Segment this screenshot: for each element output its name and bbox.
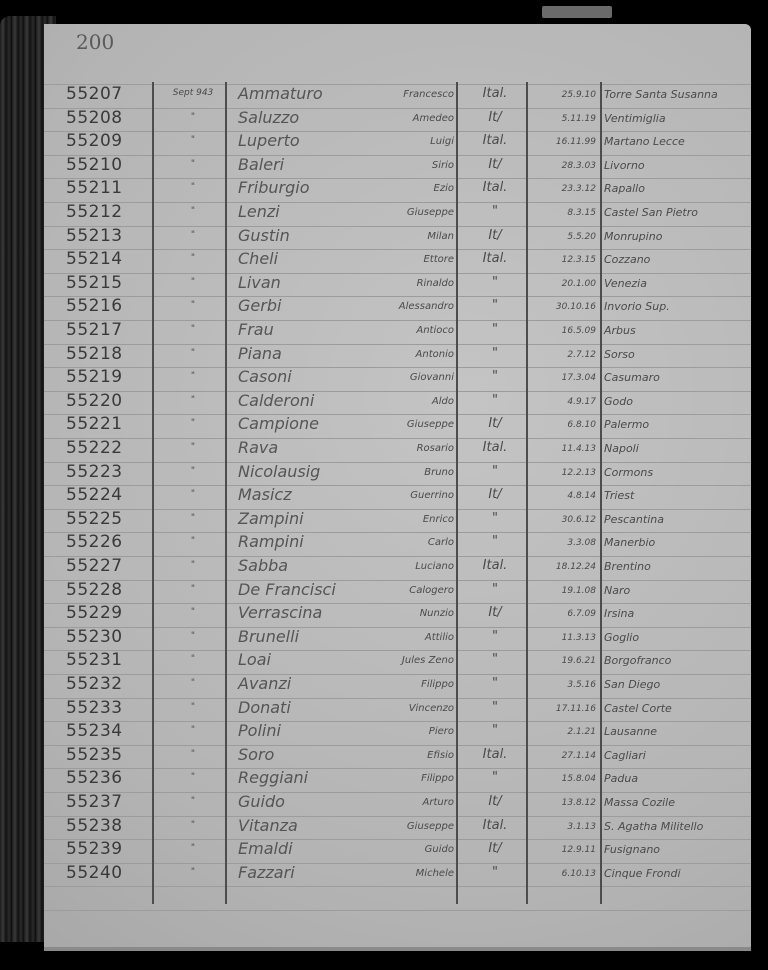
entry-date: " xyxy=(160,489,226,499)
table-row: 55221"CampioneGiuseppeIt/6.8.10Palermo xyxy=(44,414,751,437)
birthplace: Invorio Sup. xyxy=(604,300,670,313)
birthplace: Sorso xyxy=(604,348,635,361)
entry-number: 55225 xyxy=(66,509,123,529)
table-row: 55218"PianaAntonio"2.7.12Sorso xyxy=(44,344,751,367)
entry-date: " xyxy=(160,182,226,192)
ruled-line xyxy=(44,886,751,887)
birthplace: Napoli xyxy=(604,442,639,455)
table-row: 55212"LenziGiuseppe"8.3.15Castel San Pie… xyxy=(44,202,751,225)
given-name: Piero xyxy=(362,726,454,737)
surname: Lenzi xyxy=(238,202,280,221)
given-name: Amedeo xyxy=(362,113,454,124)
given-name: Rinaldo xyxy=(362,278,454,289)
given-name: Alessandro xyxy=(362,301,454,312)
given-name: Nunzio xyxy=(362,608,454,619)
table-row: 55236"ReggianiFilippo"15.8.04Padua xyxy=(44,768,751,791)
birthplace: San Diego xyxy=(604,678,660,691)
table-row: 55235"SoroEfisioItal.27.1.14Cagliari xyxy=(44,745,751,768)
entry-number: 55232 xyxy=(66,674,123,694)
page-number: 200 xyxy=(76,30,114,54)
surname: Piana xyxy=(238,344,282,363)
given-name: Jules Zeno xyxy=(362,655,454,666)
date-of-birth: 12.2.13 xyxy=(514,468,596,478)
birthplace: Pescantina xyxy=(604,513,664,526)
given-name: Enrico xyxy=(362,514,454,525)
given-name: Ezio xyxy=(362,183,454,194)
birthplace: Fusignano xyxy=(604,843,660,856)
table-row: 55237"GuidoArturoIt/13.8.12Massa Cozile xyxy=(44,792,751,815)
entry-number: 55208 xyxy=(66,108,123,128)
given-name: Calogero xyxy=(362,585,454,596)
surname: Reggiani xyxy=(238,768,308,787)
date-of-birth: 25.9.10 xyxy=(514,90,596,100)
given-name: Francesco xyxy=(362,89,454,100)
surname: Verrascina xyxy=(238,603,322,622)
surname: Fazzari xyxy=(238,863,295,882)
surname: Calderoni xyxy=(238,391,314,410)
surname: Nicolausig xyxy=(238,462,320,481)
date-of-birth: 19.1.08 xyxy=(514,586,596,596)
surname: Baleri xyxy=(238,155,284,174)
birthplace: Naro xyxy=(604,584,630,597)
table-row: 55225"ZampiniEnrico"30.6.12Pescantina xyxy=(44,509,751,532)
ledger-page: 200 55207Sept 943AmmaturoFrancescoItal.2… xyxy=(44,24,751,951)
entry-date: " xyxy=(160,796,226,806)
entry-number: 55227 xyxy=(66,556,123,576)
table-row: 55229"VerrascinaNunzioIt/6.7.09Irsina xyxy=(44,603,751,626)
entry-number: 55222 xyxy=(66,438,123,458)
entry-date: " xyxy=(160,442,226,452)
entry-number: 55235 xyxy=(66,745,123,765)
given-name: Milan xyxy=(362,231,454,242)
entry-number: 55210 xyxy=(66,155,123,175)
birthplace: Triest xyxy=(604,489,634,502)
birthplace: Godo xyxy=(604,395,633,408)
entry-number: 55209 xyxy=(66,131,123,151)
date-of-birth: 15.8.04 xyxy=(514,774,596,784)
entry-number: 55220 xyxy=(66,391,123,411)
date-of-birth: 13.8.12 xyxy=(514,798,596,808)
date-of-birth: 12.3.15 xyxy=(514,255,596,265)
given-name: Luciano xyxy=(362,561,454,572)
date-of-birth: 16.11.99 xyxy=(514,137,596,147)
page-tab-marker xyxy=(542,6,612,18)
table-row: 55227"SabbaLucianoItal.18.12.24Brentino xyxy=(44,556,751,579)
surname: Polini xyxy=(238,721,281,740)
surname: Zampini xyxy=(238,509,304,528)
entry-number: 55238 xyxy=(66,816,123,836)
given-name: Sirio xyxy=(362,160,454,171)
date-of-birth: 12.9.11 xyxy=(514,845,596,855)
date-of-birth: 3.1.13 xyxy=(514,822,596,832)
table-row: 55207Sept 943AmmaturoFrancescoItal.25.9.… xyxy=(44,84,751,107)
entry-number: 55211 xyxy=(66,178,123,198)
table-row: 55208"SaluzzoAmedeoIt/5.11.19Ventimiglia xyxy=(44,108,751,131)
entry-date: " xyxy=(160,820,226,830)
entry-number: 55207 xyxy=(66,84,123,104)
entry-date: " xyxy=(160,418,226,428)
date-of-birth: 2.7.12 xyxy=(514,350,596,360)
date-of-birth: 8.3.15 xyxy=(514,208,596,218)
date-of-birth: 5.5.20 xyxy=(514,232,596,242)
birthplace: Cozzano xyxy=(604,253,650,266)
entry-number: 55230 xyxy=(66,627,123,647)
birthplace: Cagliari xyxy=(604,749,646,762)
date-of-birth: 6.8.10 xyxy=(514,420,596,430)
entry-date: " xyxy=(160,277,226,287)
entry-number: 55224 xyxy=(66,485,123,505)
birthplace: Castel San Pietro xyxy=(604,206,698,219)
entry-date: " xyxy=(160,112,226,122)
entry-date: " xyxy=(160,749,226,759)
surname: Vitanza xyxy=(238,816,298,835)
entry-date: Sept 943 xyxy=(160,88,226,98)
given-name: Attilio xyxy=(362,632,454,643)
entry-date: " xyxy=(160,206,226,216)
surname: Sabba xyxy=(238,556,288,575)
birthplace: Massa Cozile xyxy=(604,796,675,809)
birthplace: Irsina xyxy=(604,607,634,620)
surname: Ammaturo xyxy=(238,84,323,103)
birthplace: S. Agatha Militello xyxy=(604,820,703,833)
given-name: Filippo xyxy=(362,773,454,784)
table-row: 55230"BrunelliAttilio"11.3.13Goglio xyxy=(44,627,751,650)
given-name: Efisio xyxy=(362,750,454,761)
given-name: Luigi xyxy=(362,136,454,147)
given-name: Guerrino xyxy=(362,490,454,501)
entry-number: 55239 xyxy=(66,839,123,859)
surname: Guido xyxy=(238,792,285,811)
surname: Soro xyxy=(238,745,274,764)
birthplace: Casumaro xyxy=(604,371,660,384)
table-row: 55211"FriburgioEzioItal.23.3.12Rapallo xyxy=(44,178,751,201)
page-bottom-edge xyxy=(44,947,751,951)
birthplace: Ventimiglia xyxy=(604,112,666,125)
surname: Casoni xyxy=(238,367,292,386)
entry-date: " xyxy=(160,843,226,853)
birthplace: Arbus xyxy=(604,324,636,337)
table-row: 55234"PoliniPiero"2.1.21Lausanne xyxy=(44,721,751,744)
entry-date: " xyxy=(160,678,226,688)
table-row: 55239"EmaldiGuidoIt/12.9.11Fusignano xyxy=(44,839,751,862)
date-of-birth: 17.11.16 xyxy=(514,704,596,714)
table-row: 55215"LivanRinaldo"20.1.00Venezia xyxy=(44,273,751,296)
date-of-birth: 23.3.12 xyxy=(514,184,596,194)
date-of-birth: 27.1.14 xyxy=(514,751,596,761)
birthplace: Padua xyxy=(604,772,638,785)
entry-date: " xyxy=(160,135,226,145)
entry-date: " xyxy=(160,324,226,334)
table-row: 55222"RavaRosarioItal.11.4.13Napoli xyxy=(44,438,751,461)
entry-date: " xyxy=(160,371,226,381)
birthplace: Torre Santa Susanna xyxy=(604,88,718,101)
birthplace: Martano Lecce xyxy=(604,135,685,148)
birthplace: Livorno xyxy=(604,159,645,172)
date-of-birth: 20.1.00 xyxy=(514,279,596,289)
entry-date: " xyxy=(160,702,226,712)
given-name: Giuseppe xyxy=(362,821,454,832)
table-row: 55233"DonatiVincenzo"17.11.16Castel Cort… xyxy=(44,698,751,721)
entry-number: 55228 xyxy=(66,580,123,600)
table-row: 55231"LoaiJules Zeno"19.6.21Borgofranco xyxy=(44,650,751,673)
given-name: Giuseppe xyxy=(362,207,454,218)
given-name: Filippo xyxy=(362,679,454,690)
date-of-birth: 6.10.13 xyxy=(514,869,596,879)
given-name: Giovanni xyxy=(362,372,454,383)
entry-number: 55236 xyxy=(66,768,123,788)
date-of-birth: 30.6.12 xyxy=(514,515,596,525)
given-name: Michele xyxy=(362,868,454,879)
birthplace: Cormons xyxy=(604,466,653,479)
surname: Campione xyxy=(238,414,319,433)
table-row: 55223"NicolausigBruno"12.2.13Cormons xyxy=(44,462,751,485)
table-row: 55219"CasoniGiovanni"17.3.04Casumaro xyxy=(44,367,751,390)
date-of-birth: 18.12.24 xyxy=(514,562,596,572)
table-row: 55232"AvanziFilippo"3.5.16San Diego xyxy=(44,674,751,697)
entry-number: 55212 xyxy=(66,202,123,222)
entry-number: 55237 xyxy=(66,792,123,812)
entry-number: 55214 xyxy=(66,249,123,269)
birthplace: Goglio xyxy=(604,631,639,644)
entry-number: 55229 xyxy=(66,603,123,623)
entry-date: " xyxy=(160,607,226,617)
date-of-birth: 28.3.03 xyxy=(514,161,596,171)
entry-number: 55240 xyxy=(66,863,123,883)
date-of-birth: 30.10.16 xyxy=(514,302,596,312)
table-row: 55217"FrauAntioco"16.5.09Arbus xyxy=(44,320,751,343)
birthplace: Castel Corte xyxy=(604,702,672,715)
entry-date: " xyxy=(160,631,226,641)
date-of-birth: 2.1.21 xyxy=(514,727,596,737)
date-of-birth: 6.7.09 xyxy=(514,609,596,619)
surname: Livan xyxy=(238,273,281,292)
entry-number: 55231 xyxy=(66,650,123,670)
table-row: 55226"RampiniCarlo"3.3.08Manerbio xyxy=(44,532,751,555)
given-name: Antonio xyxy=(362,349,454,360)
entry-number: 55218 xyxy=(66,344,123,364)
table-row: 55238"VitanzaGiuseppeItal.3.1.13S. Agath… xyxy=(44,816,751,839)
entry-date: " xyxy=(160,348,226,358)
entry-date: " xyxy=(160,466,226,476)
date-of-birth: 17.3.04 xyxy=(514,373,596,383)
given-name: Antioco xyxy=(362,325,454,336)
surname: Luperto xyxy=(238,131,300,150)
given-name: Carlo xyxy=(362,537,454,548)
surname: Brunelli xyxy=(238,627,299,646)
table-row: 55216"GerbiAlessandro"30.10.16Invorio Su… xyxy=(44,296,751,319)
surname: Avanzi xyxy=(238,674,291,693)
entry-date: " xyxy=(160,654,226,664)
date-of-birth: 11.4.13 xyxy=(514,444,596,454)
date-of-birth: 4.8.14 xyxy=(514,491,596,501)
entry-date: " xyxy=(160,300,226,310)
table-row: 55214"CheliEttoreItal.12.3.15Cozzano xyxy=(44,249,751,272)
birthplace: Cinque Frondi xyxy=(604,867,681,880)
surname: Emaldi xyxy=(238,839,293,858)
date-of-birth: 3.3.08 xyxy=(514,538,596,548)
birthplace: Borgofranco xyxy=(604,654,671,667)
birthplace: Manerbio xyxy=(604,536,655,549)
date-of-birth: 3.5.16 xyxy=(514,680,596,690)
date-of-birth: 11.3.13 xyxy=(514,633,596,643)
surname: Frau xyxy=(238,320,274,339)
surname: Cheli xyxy=(238,249,278,268)
birthplace: Lausanne xyxy=(604,725,657,738)
given-name: Giuseppe xyxy=(362,419,454,430)
surname: Loai xyxy=(238,650,271,669)
table-row: 55228"De FrancisciCalogero"19.1.08Naro xyxy=(44,580,751,603)
entry-number: 55223 xyxy=(66,462,123,482)
entry-date: " xyxy=(160,725,226,735)
entry-date: " xyxy=(160,772,226,782)
surname: Friburgio xyxy=(238,178,310,197)
entry-number: 55213 xyxy=(66,226,123,246)
date-of-birth: 4.9.17 xyxy=(514,397,596,407)
entry-number: 55233 xyxy=(66,698,123,718)
surname: Saluzzo xyxy=(238,108,299,127)
birthplace: Monrupino xyxy=(604,230,662,243)
given-name: Vincenzo xyxy=(362,703,454,714)
table-row: 55224"MasiczGuerrinoIt/4.8.14Triest xyxy=(44,485,751,508)
surname: De Francisci xyxy=(238,580,336,599)
entry-date: " xyxy=(160,230,226,240)
entry-date: " xyxy=(160,159,226,169)
surname: Donati xyxy=(238,698,291,717)
birthplace: Brentino xyxy=(604,560,651,573)
entry-number: 55219 xyxy=(66,367,123,387)
surname: Rava xyxy=(238,438,278,457)
entry-date: " xyxy=(160,867,226,877)
birthplace: Rapallo xyxy=(604,182,645,195)
entry-number: 55221 xyxy=(66,414,123,434)
given-name: Rosario xyxy=(362,443,454,454)
date-of-birth: 19.6.21 xyxy=(514,656,596,666)
given-name: Ettore xyxy=(362,254,454,265)
table-row: 55240"FazzariMichele"6.10.13Cinque Frond… xyxy=(44,863,751,886)
surname: Rampini xyxy=(238,532,304,551)
entry-date: " xyxy=(160,395,226,405)
entry-date: " xyxy=(160,560,226,570)
date-of-birth: 16.5.09 xyxy=(514,326,596,336)
entry-number: 55216 xyxy=(66,296,123,316)
birthplace: Venezia xyxy=(604,277,647,290)
entry-date: " xyxy=(160,584,226,594)
table-row: 55213"GustinMilanIt/5.5.20Monrupino xyxy=(44,226,751,249)
ruled-line xyxy=(44,910,751,911)
given-name: Aldo xyxy=(362,396,454,407)
given-name: Bruno xyxy=(362,467,454,478)
table-row: 55209"LupertoLuigiItal.16.11.99Martano L… xyxy=(44,131,751,154)
entry-date: " xyxy=(160,513,226,523)
birthplace: Palermo xyxy=(604,418,649,431)
surname: Masicz xyxy=(238,485,292,504)
entry-date: " xyxy=(160,253,226,263)
entry-number: 55215 xyxy=(66,273,123,293)
surname: Gustin xyxy=(238,226,290,245)
entry-date: " xyxy=(160,536,226,546)
given-name: Arturo xyxy=(362,797,454,808)
date-of-birth: 5.11.19 xyxy=(514,114,596,124)
table-row: 55210"BaleriSirioIt/28.3.03Livorno xyxy=(44,155,751,178)
entry-number: 55226 xyxy=(66,532,123,552)
surname: Gerbi xyxy=(238,296,281,315)
table-row: 55220"CalderoniAldo"4.9.17Godo xyxy=(44,391,751,414)
given-name: Guido xyxy=(362,844,454,855)
entry-number: 55217 xyxy=(66,320,123,340)
entry-number: 55234 xyxy=(66,721,123,741)
